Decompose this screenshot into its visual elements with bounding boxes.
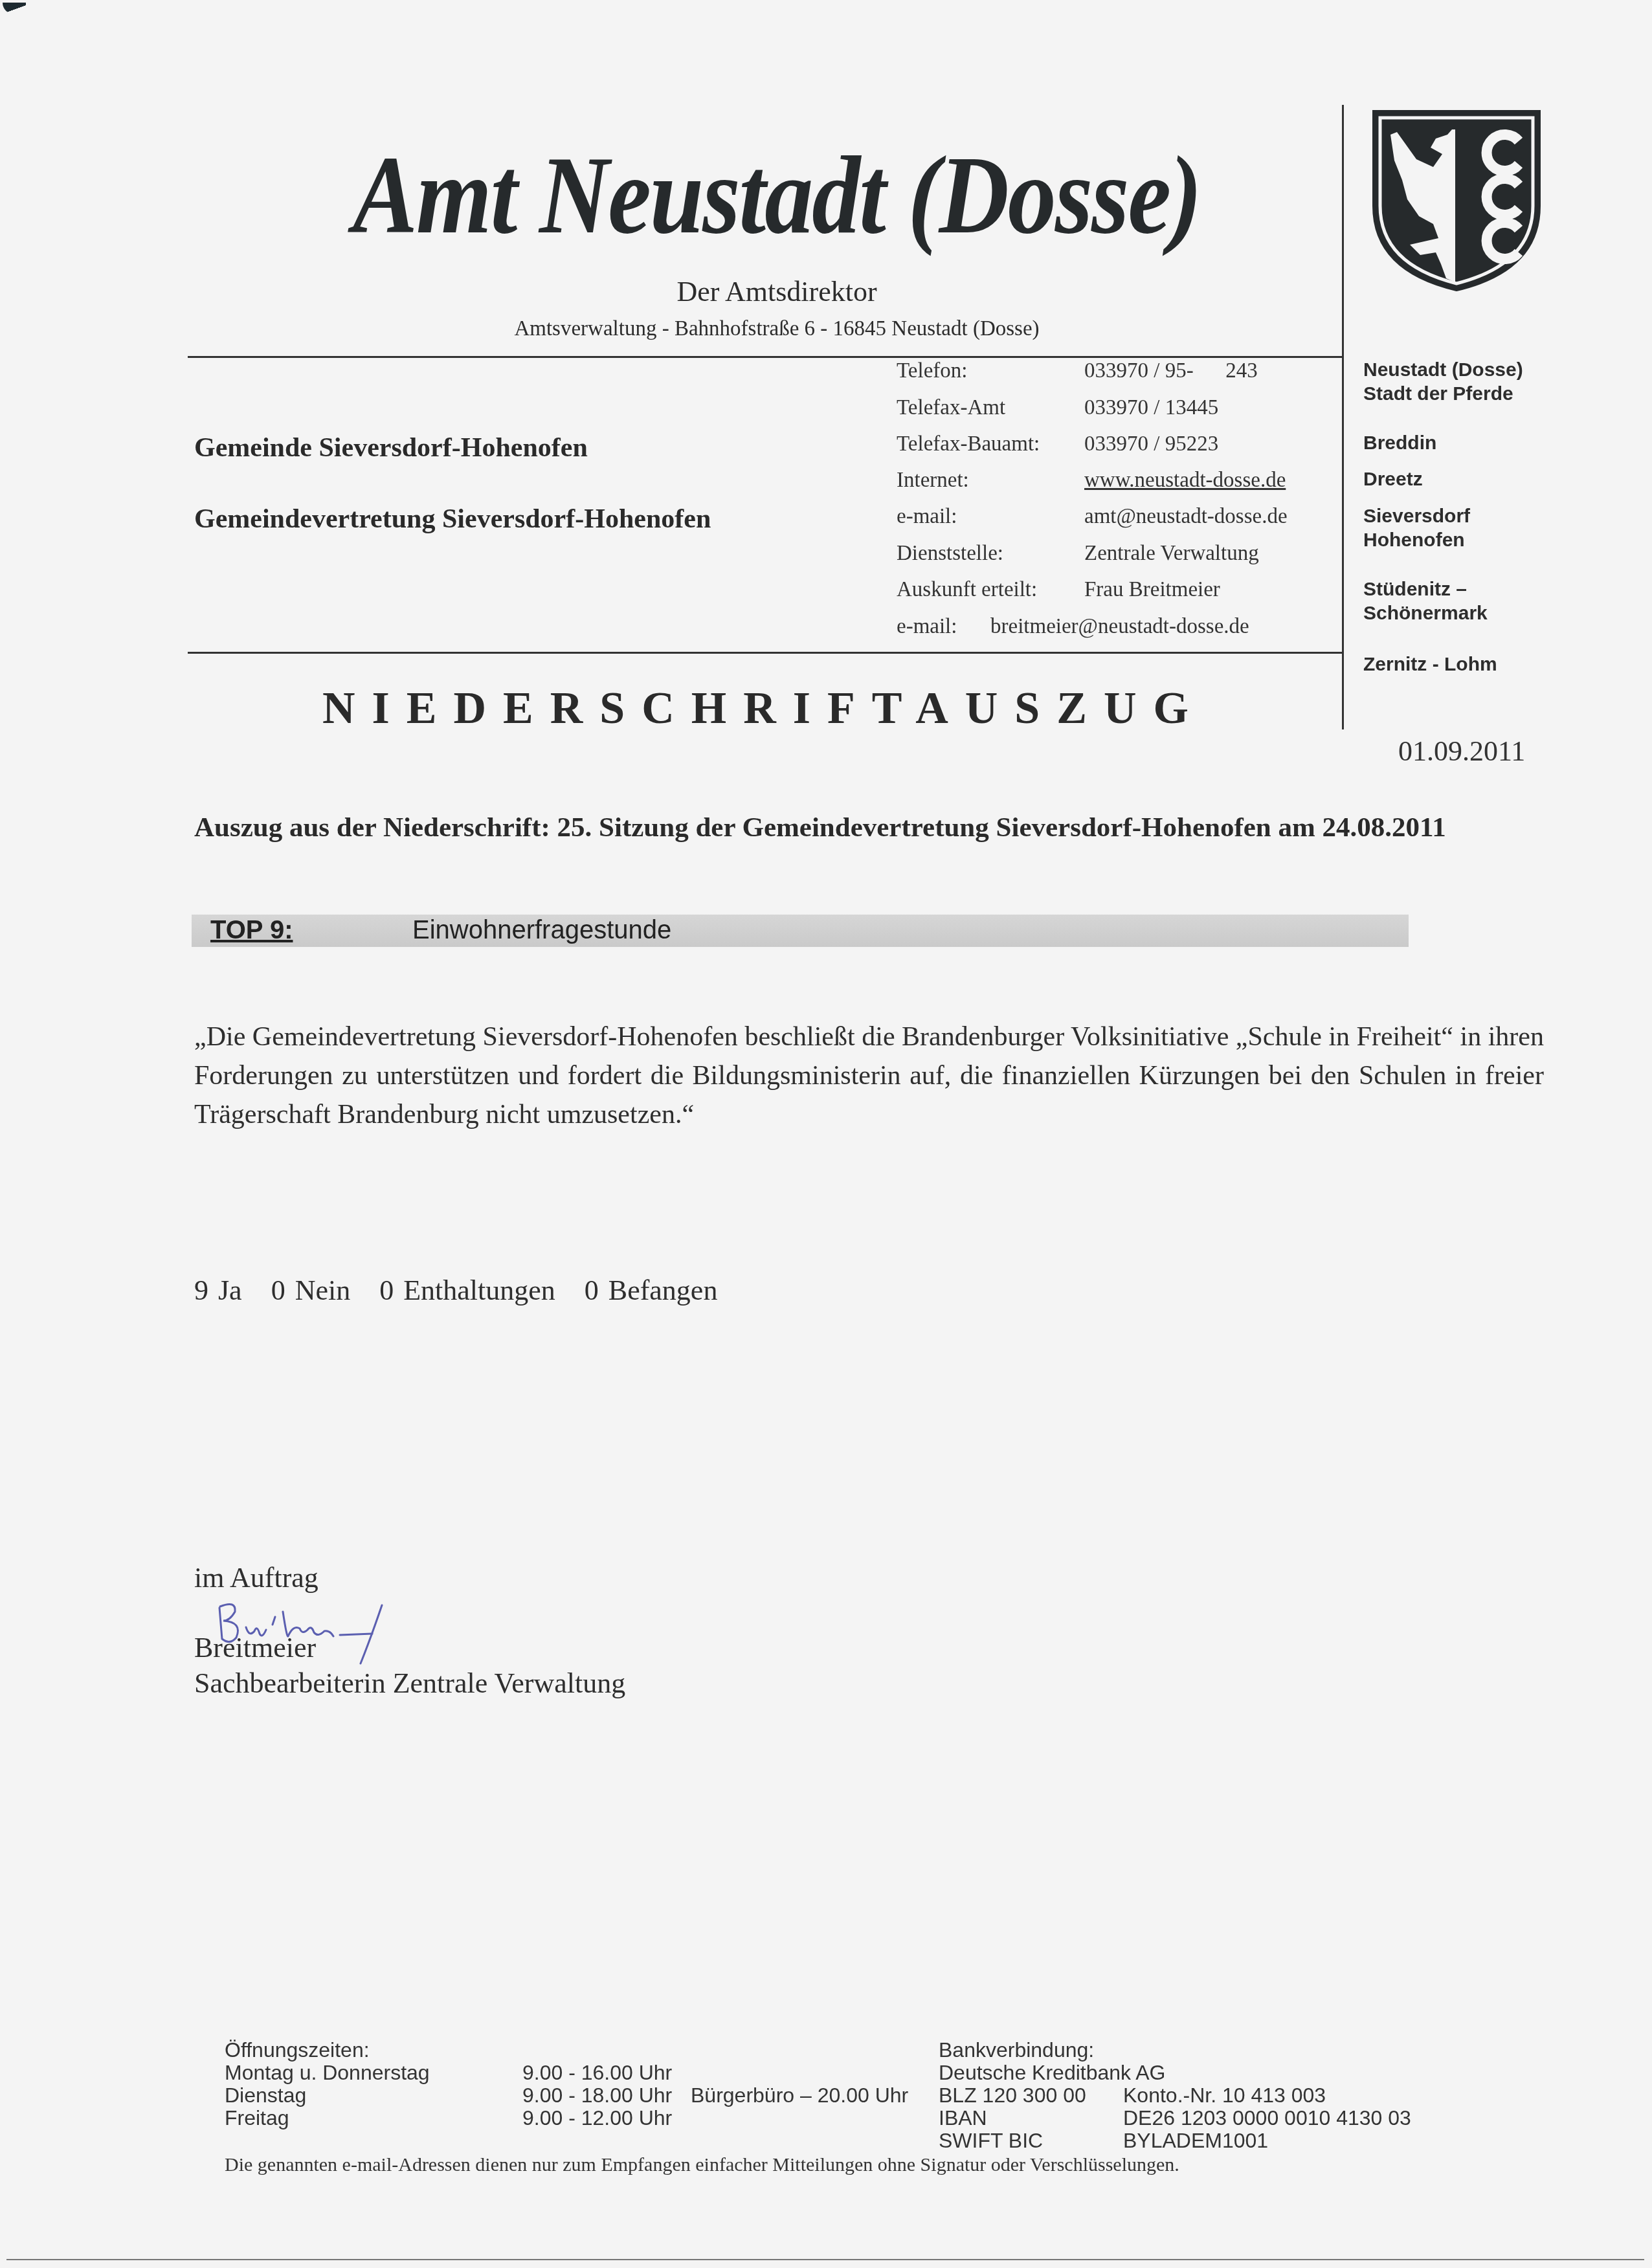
- office-address: Amtsverwaltung - Bahnhofstraße 6 - 16845…: [324, 317, 1230, 341]
- contact-label-email: e-mail:: [897, 505, 957, 529]
- bank-row: IBAN DE26 1203 0000 0010 4130 03: [939, 2107, 1411, 2129]
- contact-value-auskunft: Frau Breitmeier: [1084, 578, 1220, 602]
- bank-details: Bankverbindung: Deutsche Kreditbank AG B…: [939, 2039, 1411, 2152]
- bank-row: SWIFT BIC BYLADEM1001: [939, 2129, 1411, 2152]
- hours-row: Dienstag 9.00 - 18.00 Uhr Bürgerbüro – 2…: [225, 2084, 908, 2107]
- contact-value-fax-amt: 033970 / 13445: [1084, 396, 1218, 420]
- sidebar-item-neustadt: Neustadt (Dosse) Stadt der Pferde: [1363, 358, 1523, 406]
- document-heading: NIEDERSCHRIFTAUSZUG: [311, 683, 1217, 735]
- header-top-rule: [188, 356, 1343, 358]
- scan-corner-mark: [3, 3, 26, 14]
- signer-role: Sachbearbeiterin Zentrale Verwaltung: [194, 1667, 625, 1700]
- office-subtitle: Der Amtsdirektor: [324, 275, 1230, 308]
- agenda-item-bar: [192, 915, 1409, 947]
- on-behalf-label: im Auftrag: [194, 1561, 318, 1594]
- hours-row: Freitag 9.00 - 12.00 Uhr: [225, 2107, 908, 2129]
- hours-row: Montag u. Donnerstag 9.00 - 16.00 Uhr: [225, 2062, 908, 2084]
- contact-value-telefon: 033970 / 95- 243: [1084, 359, 1258, 383]
- contact-value-fax-bauamt: 033970 / 95223: [1084, 432, 1218, 456]
- bank-details-title: Bankverbindung:: [939, 2039, 1411, 2062]
- document-date: 01.09.2011: [1398, 735, 1525, 768]
- contact-label-fax-bauamt: Telefax-Bauamt:: [897, 432, 1040, 456]
- coat-of-arms-icon: [1371, 109, 1542, 293]
- signer-name: Breitmeier: [194, 1631, 316, 1664]
- sidebar-item-sieversdorf: Sieversdorf Hohenofen: [1363, 504, 1470, 552]
- contact-label-auskunft: Auskunft erteilt:: [897, 578, 1037, 602]
- contact-label-internet: Internet:: [897, 469, 969, 493]
- scan-bottom-edge: [6, 2259, 1644, 2260]
- contact-label-telefon: Telefon:: [897, 359, 967, 383]
- office-email-link[interactable]: amt@neustadt-dosse.de: [1084, 505, 1288, 529]
- agenda-item-number: TOP 9:: [210, 916, 293, 945]
- sidebar-item-zernitz: Zernitz - Lohm: [1363, 652, 1497, 676]
- contact-label-email-personal: e-mail:: [897, 615, 957, 639]
- opening-hours: Öffnungszeiten: Montag u. Donnerstag 9.0…: [225, 2039, 908, 2129]
- resolution-text: „Die Gemeindevertretung Sieversdorf-Hohe…: [194, 1017, 1544, 1134]
- bank-name: Deutsche Kreditbank AG: [939, 2062, 1411, 2084]
- contact-label-fax-amt: Telefax-Amt: [897, 396, 1005, 420]
- personal-email-link[interactable]: breitmeier@neustadt-dosse.de: [990, 615, 1249, 639]
- sidebar-item-dreetz: Dreetz: [1363, 467, 1423, 491]
- vote-result: 9 Ja 0 Nein 0 Enthaltungen 0 Befangen: [194, 1274, 737, 1307]
- agenda-item-title: Einwohnerfragestunde: [412, 916, 671, 945]
- minutes-reference: Auszug aus der Niederschrift: 25. Sitzun…: [194, 809, 1489, 847]
- header-vertical-divider: [1342, 105, 1344, 729]
- contact-value-dienststelle: Zentrale Verwaltung: [1084, 542, 1259, 566]
- vote-abstentions: 0 Enthaltungen: [379, 1274, 555, 1306]
- vote-biased: 0 Befangen: [585, 1274, 718, 1306]
- bank-row: BLZ 120 300 00 Konto.-Nr. 10 413 003: [939, 2084, 1411, 2107]
- sidebar-item-breddin: Breddin: [1363, 431, 1436, 455]
- vote-no: 0 Nein: [271, 1274, 351, 1306]
- email-disclaimer: Die genannten e-mail-Adressen dienen nur…: [225, 2154, 1179, 2176]
- sidebar-item-stuedenitz: Stüdenitz – Schönermark: [1363, 577, 1488, 625]
- recipient-municipality: Gemeinde Sieversdorf-Hohenofen: [194, 432, 588, 463]
- header-bottom-rule: [188, 652, 1343, 654]
- vote-yes: 9 Ja: [194, 1274, 242, 1306]
- office-title: Amt Neustadt (Dosse): [324, 131, 1230, 259]
- recipient-council: Gemeindevertretung Sieversdorf-Hohenofen: [194, 504, 711, 535]
- website-link[interactable]: www.neustadt-dosse.de: [1084, 469, 1286, 493]
- opening-hours-title: Öffnungszeiten:: [225, 2039, 908, 2062]
- contact-label-dienststelle: Dienststelle:: [897, 542, 1003, 566]
